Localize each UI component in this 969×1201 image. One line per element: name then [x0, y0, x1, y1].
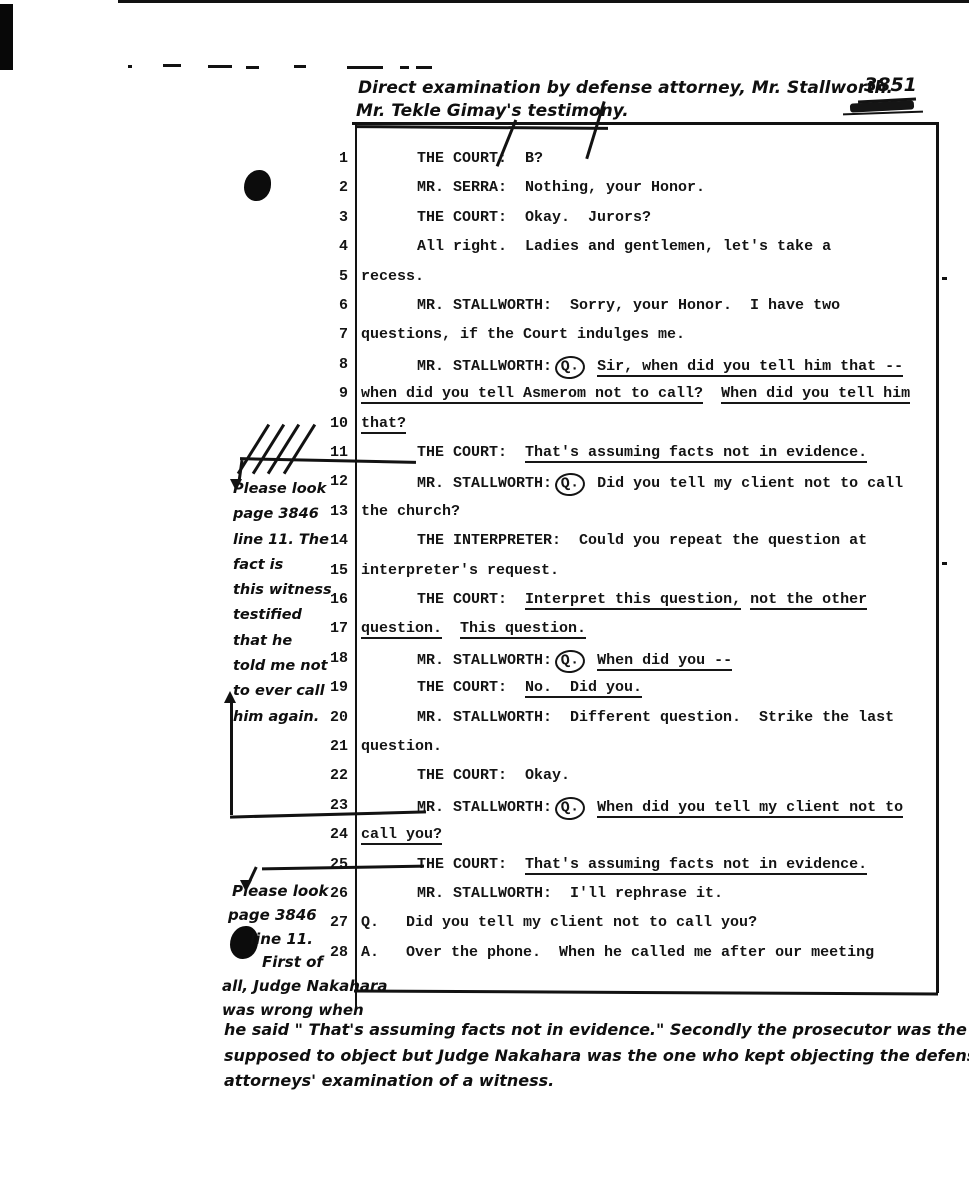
transcript-line: 3THE COURT: Okay. Jurors? [352, 209, 969, 239]
underlined-text: This question. [460, 620, 586, 639]
transcript-line: 7questions, if the Court indulges me. [352, 326, 967, 356]
handwritten-note-line: to ever call [233, 683, 332, 708]
underlined-text: When did you tell my client not to [597, 799, 903, 818]
handwritten-note-line: First of [262, 953, 388, 977]
transcript-line: 19THE COURT: No. Did you. [352, 679, 969, 709]
transcript-text: MR. SERRA: Nothing, your Honor. [417, 179, 705, 196]
transcript-line: 10that? [352, 415, 967, 445]
handwritten-header-line1: Direct examination by defense attorney, … [358, 78, 893, 98]
handwritten-note-line: him again. [233, 709, 332, 734]
circled-q-annotation: Q. [554, 648, 586, 674]
transcript-text: MR. STALLWORTH: [417, 652, 552, 669]
box-border-top [352, 122, 938, 125]
bottom-handwritten-note: he said " That's assuming facts not in e… [224, 1020, 969, 1097]
margin-note-judge-nakahara: Please lookpage 3846line 11.First ofall,… [222, 882, 388, 1025]
hole-punch-mark [244, 170, 271, 201]
line-number: 1 [326, 150, 348, 167]
transcript-text: THE INTERPRETER: Could you repeat the qu… [417, 532, 867, 549]
scan-artifact-topline [118, 0, 969, 3]
transcript-line: 21question. [352, 738, 967, 768]
scan-artifact-dash [347, 66, 383, 69]
transcript-text: MR. STALLWORTH: Sorry, your Honor. I hav… [417, 297, 840, 314]
transcript-line: 23MR. STALLWORTH:Q. When did you tell my… [352, 797, 969, 827]
handwritten-note-line: testified [233, 607, 332, 632]
transcript-line: 14THE INTERPRETER: Could you repeat the … [352, 532, 969, 562]
line-number: 7 [326, 326, 348, 343]
circled-q-annotation: Q. [554, 472, 586, 498]
transcript-text: Did you tell my client not to call [597, 475, 903, 492]
transcript-text: MR. STALLWORTH: Different question. Stri… [417, 709, 894, 726]
underlined-text: call you? [361, 826, 442, 845]
scan-artifact-dash [400, 66, 409, 69]
transcript-text: THE COURT: Okay. Jurors? [417, 209, 651, 226]
header-underline [356, 125, 608, 129]
line-number: 21 [326, 738, 348, 755]
transcript-text [703, 385, 721, 402]
handwritten-note-line: he said " That's assuming facts not in e… [224, 1020, 969, 1046]
underlined-text: No. Did you. [525, 679, 642, 698]
underlined-text: not the other [750, 591, 867, 610]
underlined-text: question. [361, 620, 442, 639]
handwritten-note-line: line 11. [250, 930, 388, 954]
line-number: 2 [326, 179, 348, 196]
transcript-text: THE COURT: Okay. [417, 767, 570, 784]
transcript-text [588, 652, 597, 669]
circled-q-annotation: Q. [554, 354, 586, 380]
line-number: 8 [326, 356, 348, 373]
transcript-text [588, 799, 597, 816]
handwritten-note-line: all, Judge Nakahara [222, 977, 388, 1001]
line-number: 23 [326, 797, 348, 814]
handwritten-note-line: fact is [233, 557, 332, 582]
line-number: 9 [326, 385, 348, 402]
handwritten-header-line2: Mr. Tekle Gimay's testimony. [356, 101, 629, 121]
transcript-line: 28A. Over the phone. When he called me a… [352, 944, 967, 974]
scanned-transcript-page: Direct examination by defense attorney, … [0, 0, 969, 1201]
underlined-text: Interpret this question, [525, 591, 741, 610]
transcript-text: THE COURT: [417, 444, 525, 461]
underlined-text: Sir, when did you tell him that -- [597, 358, 903, 377]
transcript-line: 6MR. STALLWORTH: Sorry, your Honor. I ha… [352, 297, 969, 327]
handwritten-note-line: page 3846 [233, 506, 332, 531]
scan-artifact-dash [294, 65, 306, 68]
line-number: 24 [326, 826, 348, 843]
line-number: 4 [326, 238, 348, 255]
line-number: 5 [326, 268, 348, 285]
underlined-text: That's assuming facts not in evidence. [525, 856, 867, 875]
transcript-line: 4All right. Ladies and gentlemen, let's … [352, 238, 969, 268]
page-number: 3851 [864, 74, 917, 96]
transcript-line: 5recess. [352, 268, 967, 298]
handwritten-note-line: that he [233, 633, 332, 658]
scan-artifact-dash [128, 65, 132, 68]
transcript-text: the church? [361, 503, 460, 520]
line-number: 10 [326, 415, 348, 432]
underlined-text: That's assuming facts not in evidence. [525, 444, 867, 463]
handwritten-note-line: supposed to object but Judge Nakahara wa… [224, 1046, 969, 1072]
scan-artifact-dash [208, 65, 232, 68]
hash-mark [283, 424, 316, 475]
transcript-text: THE COURT: B? [417, 150, 543, 167]
transcript-line: 11THE COURT: That's assuming facts not i… [352, 444, 969, 474]
transcript-text: MR. STALLWORTH: I'll rephrase it. [417, 885, 723, 902]
transcript-text [588, 475, 597, 492]
transcript-line: 20MR. STALLWORTH: Different question. St… [352, 709, 969, 739]
transcript-text: A. Over the phone. When he called me aft… [361, 944, 874, 961]
transcript-line: 1THE COURT: B? [352, 150, 969, 180]
line-number: 6 [326, 297, 348, 314]
transcript-text: recess. [361, 268, 424, 285]
transcript-text: Q. Did you tell my client not to call yo… [361, 914, 757, 931]
underlined-text: When did you tell him [721, 385, 910, 404]
scan-artifact-dash [246, 66, 259, 69]
box-border-bottom [354, 989, 938, 995]
transcript-text [588, 358, 597, 375]
transcript-text: interpreter's request. [361, 562, 559, 579]
line-number: 3 [326, 209, 348, 226]
transcript-text: THE COURT: [417, 679, 525, 696]
transcript-text: question. [361, 738, 442, 755]
hash-mark [252, 424, 285, 475]
handwritten-note-line: this witness [233, 582, 332, 607]
transcript-line: 25THE COURT: That's assuming facts not i… [352, 856, 969, 886]
transcript-line: 27Q. Did you tell my client not to call … [352, 914, 967, 944]
transcript-text [442, 620, 460, 637]
scan-artifact-bar [0, 4, 13, 70]
handwritten-note-line: page 3846 [228, 906, 388, 930]
transcript-line: 16THE COURT: Interpret this question, no… [352, 591, 969, 621]
transcript-text: MR. STALLWORTH: [417, 799, 552, 816]
scan-artifact-dash [163, 64, 181, 67]
transcript-text: MR. STALLWORTH: [417, 358, 552, 375]
scan-artifact-dash [416, 66, 432, 69]
line-number: 22 [326, 767, 348, 784]
transcript-line: 15interpreter's request. [352, 562, 967, 592]
transcript-text: questions, if the Court indulges me. [361, 326, 685, 343]
circled-q-annotation: Q. [554, 795, 586, 821]
handwritten-note-line: Please look [232, 882, 388, 906]
hash-mark [267, 424, 300, 475]
transcript-line: 12MR. STALLWORTH:Q. Did you tell my clie… [352, 473, 969, 503]
handwritten-note-line: line 11. The [233, 532, 332, 557]
transcript-line: 9when did you tell Asmerom not to call? … [352, 385, 967, 415]
transcript-line: 26MR. STALLWORTH: I'll rephrase it. [352, 885, 969, 915]
transcript-line: 24call you? [352, 826, 967, 856]
underlined-text: when did you tell Asmerom not to call? [361, 385, 703, 404]
transcript-text: THE COURT: [417, 856, 525, 873]
transcript-line: 18MR. STALLWORTH:Q. When did you -- [352, 650, 969, 680]
transcript-text [741, 591, 750, 608]
transcript-line: 22THE COURT: Okay. [352, 767, 969, 797]
handwritten-note-line: told me not [233, 658, 332, 683]
handwritten-note-line: attorneys' examination of a witness. [224, 1071, 969, 1097]
transcript-line: 13the church? [352, 503, 967, 533]
underlined-text: When did you -- [597, 652, 732, 671]
transcript-text: THE COURT: [417, 591, 525, 608]
transcript-line: 2MR. SERRA: Nothing, your Honor. [352, 179, 969, 209]
transcript-line: 17question. This question. [352, 620, 967, 650]
transcript-line: 8MR. STALLWORTH:Q. Sir, when did you tel… [352, 356, 969, 386]
handwritten-note-line: Please look [233, 481, 332, 506]
margin-note-page-3846: Please lookpage 3846line 11. Thefact ist… [233, 481, 332, 734]
line-number: 25 [326, 856, 348, 873]
underlined-text: that? [361, 415, 406, 434]
transcript-text: All right. Ladies and gentlemen, let's t… [417, 238, 831, 255]
transcript-text: MR. STALLWORTH: [417, 475, 552, 492]
